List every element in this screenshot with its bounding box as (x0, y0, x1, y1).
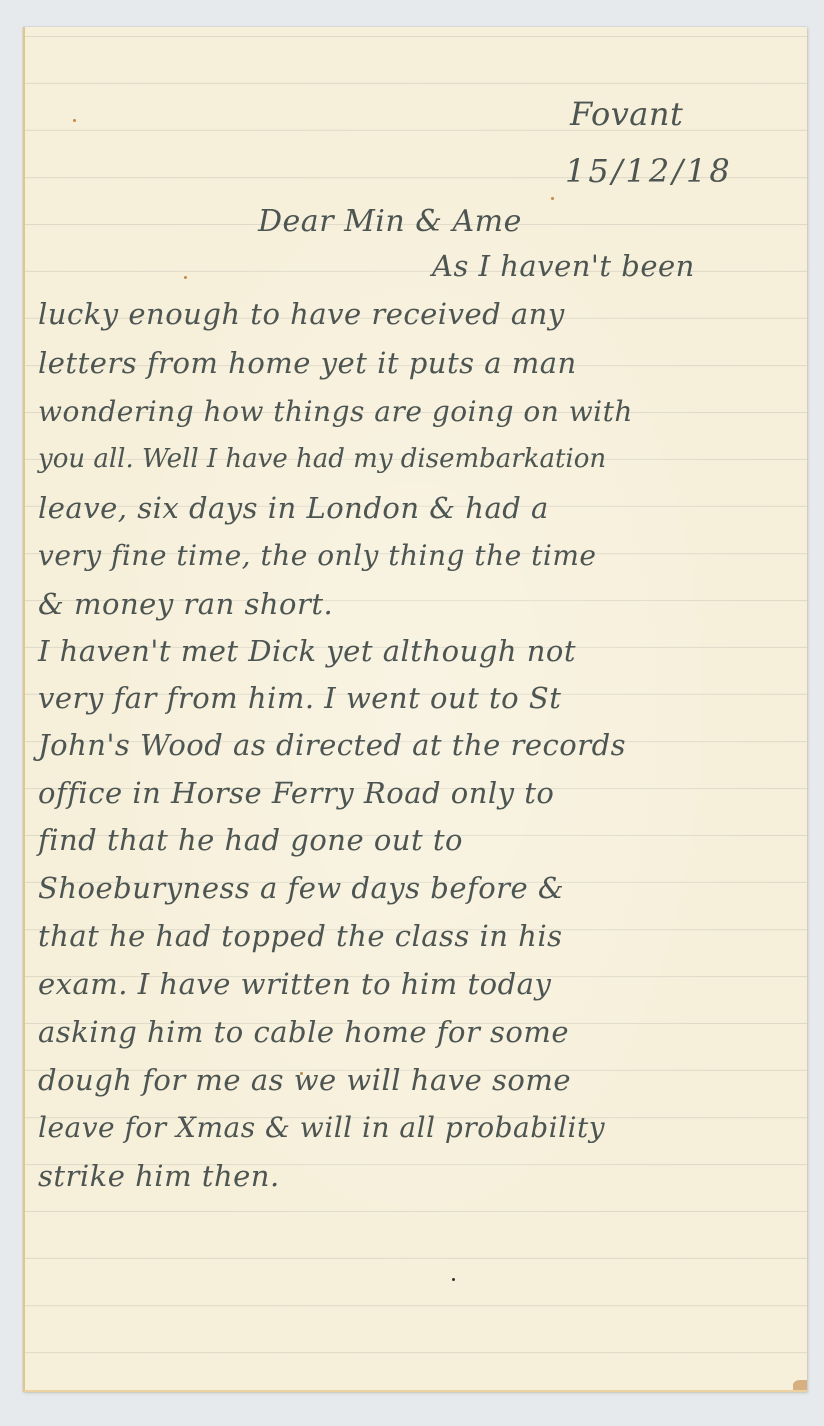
letter-line: I haven't met Dick yet although not (38, 637, 576, 666)
foxing-spot (551, 197, 554, 200)
letter-place: Fovant (570, 98, 683, 130)
letter-line: & money ran short. (38, 590, 333, 619)
letter-line: exam. I have written to him today (38, 970, 551, 999)
foxing-spot (184, 276, 187, 279)
letter-line: find that he had gone out to (38, 826, 463, 855)
letter-line: you all. Well I have had my disembarkati… (38, 446, 606, 472)
corner-stain (793, 1380, 807, 1390)
letter-line: very fine time, the only thing the time (38, 542, 596, 570)
letter-line: asking him to cable home for some (38, 1018, 569, 1047)
ink-dot (452, 1278, 455, 1281)
letter-line: that he had topped the class in his (38, 922, 563, 951)
letter-date: 15/12/18 (565, 155, 733, 187)
letter-line: John's Wood as directed at the records (38, 731, 626, 760)
letter-line: wondering how things are going on with (38, 398, 633, 426)
letter-line: As I haven't been (432, 252, 695, 281)
letter-line: lucky enough to have received any (38, 300, 565, 329)
letter-line: dough for me as we will have some (38, 1066, 571, 1095)
letter-line: Shoeburyness a few days before & (38, 874, 564, 903)
letter-line: office in Horse Ferry Road only to (38, 779, 554, 808)
foxing-spot (73, 119, 76, 122)
letter-salutation: Dear Min & Ame (258, 207, 522, 237)
letter-line: very far from him. I went out to St (38, 684, 561, 713)
letter-line: letters from home yet it puts a man (38, 349, 577, 378)
letter-line: strike him then. (38, 1162, 280, 1191)
letter-line: leave for Xmas & will in all probability (38, 1114, 605, 1142)
foxing-spot (300, 1072, 303, 1075)
ink-dot (110, 1026, 113, 1029)
letter-line: leave, six days in London & had a (38, 494, 549, 523)
